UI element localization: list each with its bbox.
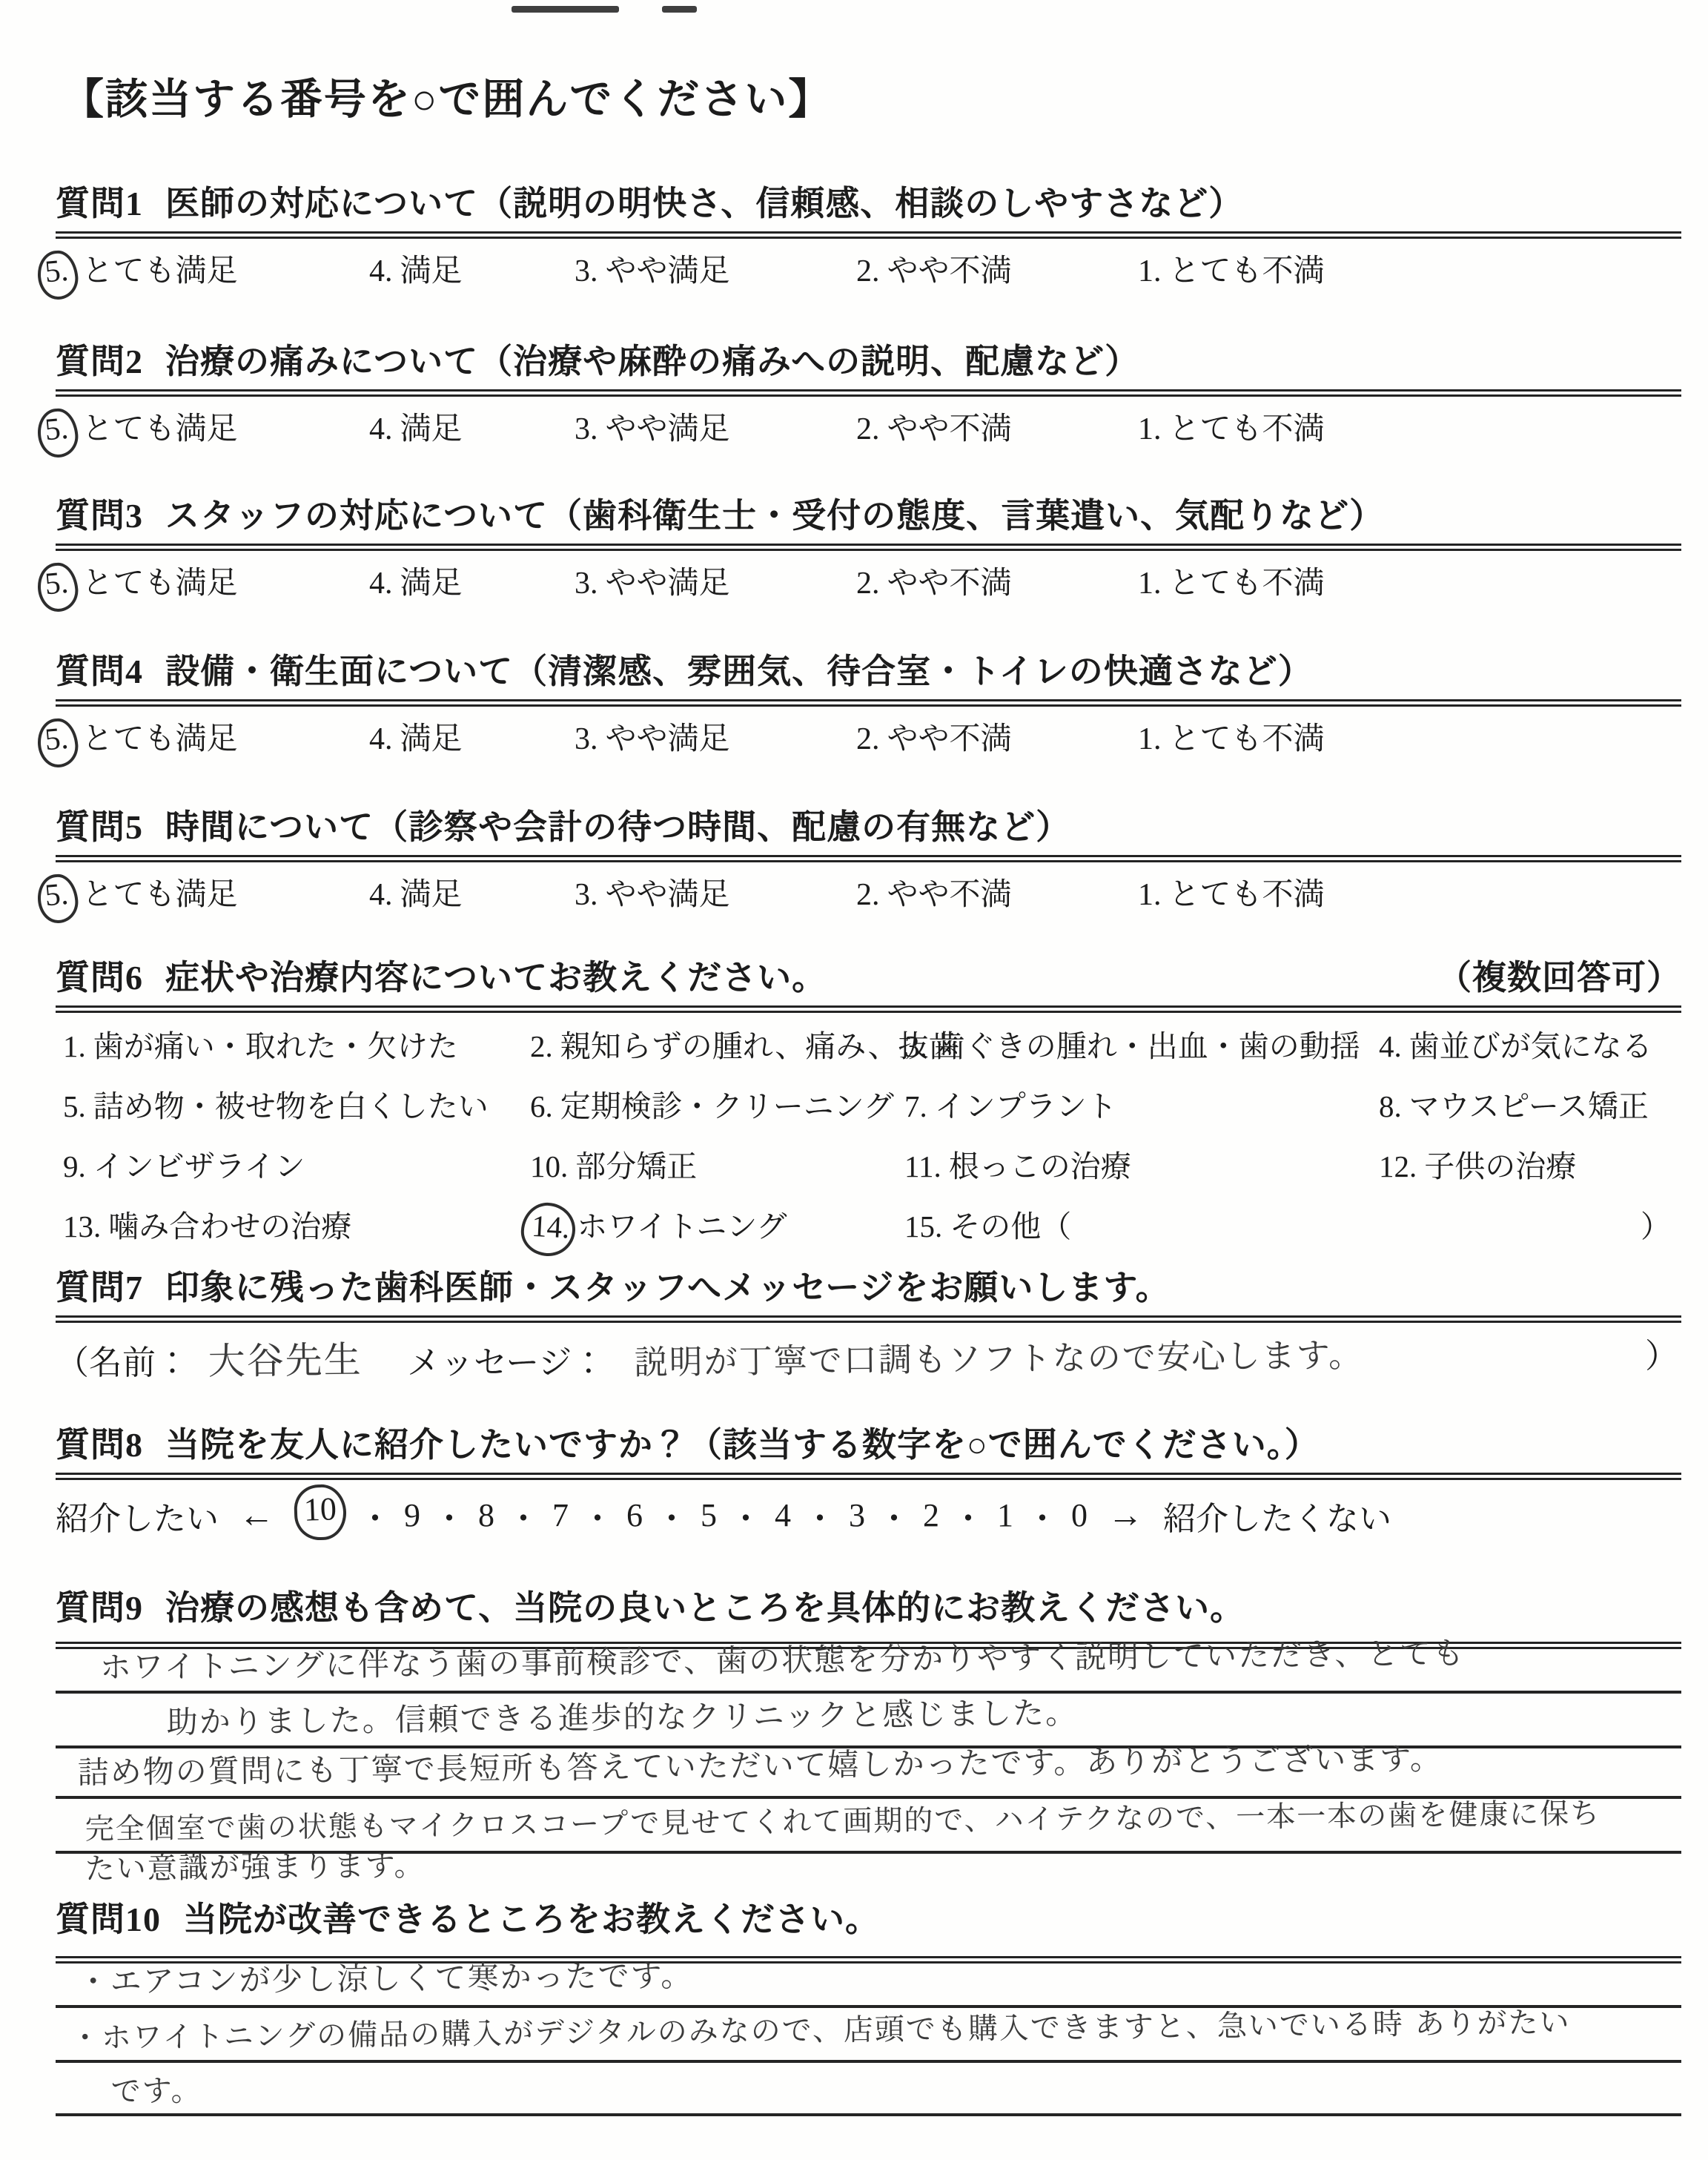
- question-title: スタッフの対応について（歯科衛生士・受付の態度、言葉遣い、気配りなど）: [165, 489, 1384, 538]
- nps-dot: ・: [878, 1492, 910, 1539]
- handwritten-answer: たい意識が強まります。: [85, 1842, 425, 1888]
- symptom-option-2: 2.親知らずの腫れ、痛み、抜歯: [530, 1022, 904, 1066]
- rating-option-1: 1.とても不満: [1138, 404, 1325, 449]
- question-number: 質問5: [56, 800, 143, 849]
- nps-dot: ・: [655, 1492, 688, 1539]
- page-title: 【該当する番号を○で囲んでください】: [62, 65, 1681, 126]
- symptom-option-9: 9.インビザライン: [63, 1142, 530, 1186]
- question-5-header: 質問5 時間について（診察や会計の待つ時間、配慮の有無など）: [56, 800, 1681, 849]
- rating-option-3: 3.やや満足: [575, 714, 730, 759]
- question-8-header: 質問8 当院を友人に紹介したいですか？（該当する数字を○で囲んでください。）: [56, 1418, 1681, 1467]
- rating-option-4: 4.満足: [369, 870, 463, 914]
- question-8-section: 質問8 当院を友人に紹介したいですか？（該当する数字を○で囲んでください。） 紹…: [56, 1418, 1681, 1540]
- answer-line: ホワイトニングに伴なう歯の事前検診で、歯の状態を分かりやすく説明していただき、と…: [56, 1649, 1681, 1694]
- symptom-option-8: 8.マウスピース矯正: [1379, 1082, 1681, 1126]
- message-field-label: メッセージ：: [407, 1344, 605, 1381]
- rating-option-2: 2.やや不満: [856, 246, 1012, 291]
- message-answer-line: （名前：大谷先生メッセージ：説明が丁寧で口調もソフトなので安心します。 ）: [56, 1332, 1681, 1385]
- question-2-section: 質問2 治療の痛みについて（治療や麻酔の痛みへの説明、配慮など） 5.とても満足…: [56, 334, 1681, 450]
- question-10-section: 質問10 当院が改善できるところをお教えください。 ・エアコンが少し涼しくて寒か…: [56, 1892, 1681, 2160]
- circled-answer-mark: 5.: [36, 561, 79, 613]
- question-title: 当院が改善できるところをお教えください。: [183, 1892, 880, 1941]
- nps-number-0: 0: [1071, 1496, 1088, 1534]
- nps-dot: ・: [507, 1492, 540, 1539]
- question-title: 治療の感想も含めて、当院の良いところを具体的にお教えください。: [165, 1581, 1245, 1630]
- nps-number-9: 9: [404, 1496, 420, 1534]
- rating-option-4: 4.満足: [369, 246, 463, 291]
- rating-option-3: 3.やや満足: [575, 404, 730, 449]
- nps-number-2: 2: [923, 1496, 939, 1534]
- handwritten-doctor-name: 大谷先生: [208, 1330, 363, 1385]
- rating-option-2: 2.やや不満: [856, 714, 1012, 759]
- nps-dot: ・: [433, 1492, 466, 1539]
- nps-right-label: 紹介したくない: [1163, 1492, 1391, 1539]
- question-6-section: 質問6 症状や治療内容についてお教えください。 （複数回答可） 1.歯が痛い・取…: [56, 951, 1681, 1247]
- question-number: 質問10: [56, 1892, 161, 1941]
- nps-left-label: 紹介したい: [56, 1492, 219, 1539]
- rating-option-5: 5.とても満足: [38, 246, 238, 300]
- rating-option-5: 5.とても満足: [38, 870, 238, 923]
- symptom-option-10: 10.部分矯正: [530, 1142, 904, 1186]
- nps-number-8: 8: [478, 1496, 494, 1534]
- circled-answer-mark: 10: [294, 1484, 348, 1541]
- question-number: 質問3: [56, 489, 143, 538]
- circled-answer-mark: 5.: [36, 873, 79, 925]
- nps-number-6: 6: [626, 1496, 643, 1534]
- question-number: 質問8: [56, 1418, 143, 1467]
- right-arrow-icon: →: [1100, 1495, 1151, 1536]
- rating-option-5: 5.とても満足: [38, 404, 238, 458]
- question-2-header: 質問2 治療の痛みについて（治療や麻酔の痛みへの説明、配慮など）: [56, 334, 1681, 383]
- question-title: 当院を友人に紹介したいですか？（該当する数字を○で囲んでください。）: [165, 1418, 1320, 1467]
- question-title: 印象に残った歯科医師・スタッフへメッセージをお願いします。: [165, 1261, 1171, 1309]
- divider: [56, 855, 1681, 862]
- nps-number-10: 10: [303, 1490, 337, 1528]
- symptom-option-7: 7.インプラント: [904, 1082, 1379, 1126]
- handwritten-answer: です。: [110, 2067, 202, 2110]
- question-5-section: 質問5 時間について（診察や会計の待つ時間、配慮の有無など） 5.とても満足 4…: [56, 800, 1681, 916]
- question-number: 質問2: [56, 334, 143, 383]
- handwritten-answer: 助かりました。信頼できる進歩的なクリニックと感じました。: [166, 1688, 1078, 1743]
- symptom-option-13: 13.噛み合わせの治療: [63, 1202, 530, 1247]
- rating-option-2: 2.やや不満: [856, 404, 1012, 449]
- multiple-answers-note: （複数回答可）: [1437, 951, 1681, 1000]
- question-7-section: 質問7 印象に残った歯科医師・スタッフへメッセージをお願いします。 （名前：大谷…: [56, 1261, 1681, 1385]
- nps-number-4: 4: [775, 1496, 791, 1534]
- rating-option-3: 3.やや満足: [575, 246, 730, 291]
- symptom-option-6: 6.定期検診・クリーニング: [530, 1082, 904, 1126]
- symptom-option-11: 11.根っこの治療: [904, 1142, 1379, 1186]
- question-7-header: 質問7 印象に残った歯科医師・スタッフへメッセージをお願いします。: [56, 1261, 1681, 1309]
- rating-option-1: 1.とても不満: [1138, 870, 1325, 914]
- question-title: 症状や治療内容についてお教えください。: [165, 951, 827, 1000]
- empty-answer-line: [56, 2116, 1681, 2160]
- handwritten-answer: ・エアコンが少し涼しくて寒かったです。: [77, 1951, 693, 2002]
- answer-line: ・ホワイトニングの備品の購入がデジタルのみなので、店頭でも購入できますと、急いで…: [56, 2008, 1681, 2063]
- rating-option-4: 4.満足: [369, 404, 463, 449]
- handwritten-answer: ・ホワイトニングの備品の購入がデジタルのみなので、店頭でも購入できますと、急いで…: [70, 1999, 1570, 2057]
- question-number: 質問1: [56, 176, 143, 225]
- answer-line: 詰め物の質問にも丁寧で長短所も答えていただいて嬉しかったです。ありがとうございま…: [56, 1748, 1681, 1799]
- nps-dot: ・: [1026, 1492, 1059, 1539]
- rating-option-5: 5.とても満足: [38, 714, 238, 767]
- symptom-option-4: 4.歯並びが気になる: [1379, 1022, 1681, 1066]
- nps-dot: ・: [804, 1492, 836, 1539]
- rating-option-3: 3.やや満足: [575, 870, 730, 914]
- scan-artifact: [512, 6, 619, 13]
- handwritten-answer: 完全個室で歯の状態もマイクロスコープで見せてくれて画期的で、ハイテクなので、一本…: [85, 1791, 1601, 1848]
- rating-option-1: 1.とても不満: [1138, 246, 1325, 291]
- divider: [56, 389, 1681, 397]
- rating-options-row: 5.とても満足 4.満足 3.やや満足 2.やや不満 1.とても不満: [56, 404, 1681, 450]
- divider: [56, 699, 1681, 707]
- divider: [56, 1005, 1681, 1013]
- question-6-header: 質問6 症状や治療内容についてお教えください。 （複数回答可）: [56, 951, 1681, 1000]
- question-title: 時間について（診察や会計の待つ時間、配慮の有無など）: [165, 800, 1070, 849]
- nps-number-3: 3: [849, 1496, 865, 1534]
- divider: [56, 1315, 1681, 1323]
- question-title: 治療の痛みについて（治療や麻酔の痛みへの説明、配慮など）: [165, 334, 1139, 383]
- rating-option-4: 4.満足: [369, 714, 463, 759]
- question-4-section: 質問4 設備・衛生面について（清潔感、雰囲気、待合室・トイレの快適さなど） 5.…: [56, 644, 1681, 760]
- question-3-section: 質問3 スタッフの対応について（歯科衛生士・受付の態度、言葉遣い、気配りなど） …: [56, 489, 1681, 604]
- question-4-header: 質問4 設備・衛生面について（清潔感、雰囲気、待合室・トイレの快適さなど）: [56, 644, 1681, 693]
- rating-option-1: 1.とても不満: [1138, 714, 1325, 759]
- nps-number-1: 1: [997, 1496, 1013, 1534]
- close-paren: ）: [1645, 1329, 1678, 1377]
- rating-options-row: 5.とても満足 4.満足 3.やや満足 2.やや不満 1.とても不満: [56, 246, 1681, 292]
- symptom-option-14: 14.ホワイトニング: [530, 1202, 904, 1247]
- question-1-section: 質問1 医師の対応について（説明の明快さ、信頼感、相談のしやすさなど） 5.とて…: [56, 176, 1681, 292]
- other-close-paren: ）: [1379, 1202, 1681, 1247]
- rating-option-1: 1.とても不満: [1138, 558, 1325, 603]
- rating-option-3: 3.やや満足: [575, 558, 730, 603]
- handwritten-message: 説明が丁寧で口調もソフトなので安心します。: [635, 1328, 1364, 1384]
- scan-artifact: [662, 6, 697, 13]
- question-3-header: 質問3 スタッフの対応について（歯科衛生士・受付の態度、言葉遣い、気配りなど）: [56, 489, 1681, 538]
- handwritten-answer: ホワイトニングに伴なう歯の事前検診で、歯の状態を分かりやすく説明していただき、と…: [99, 1629, 1465, 1688]
- nps-scale-row: 紹介したい ← 10 ・ 9 ・ 8 ・ 7 ・ 6 ・ 5 ・ 4 ・ 3 ・…: [56, 1490, 1681, 1540]
- circled-answer-mark: 5.: [36, 407, 79, 459]
- rating-options-row: 5.とても満足 4.満足 3.やや満足 2.やや不満 1.とても不満: [56, 870, 1681, 916]
- question-number: 質問6: [56, 951, 143, 1000]
- question-number: 質問7: [56, 1261, 143, 1309]
- symptom-option-3: 3.歯ぐきの腫れ・出血・歯の動揺: [904, 1022, 1379, 1066]
- question-10-header: 質問10 当院が改善できるところをお教えください。: [56, 1892, 1681, 1941]
- divider: [56, 544, 1681, 551]
- question-9-header: 質問9 治療の感想も含めて、当院の良いところを具体的にお教えください。: [56, 1581, 1681, 1630]
- circled-answer-mark: 5.: [36, 249, 79, 301]
- left-arrow-icon: ←: [231, 1495, 282, 1536]
- symptom-options-grid: 1.歯が痛い・取れた・欠けた 2.親知らずの腫れ、痛み、抜歯 3.歯ぐきの腫れ・…: [63, 1022, 1681, 1247]
- rating-option-5: 5.とても満足: [38, 558, 238, 612]
- page-header: 【該当する番号を○で囲んでください】: [62, 65, 1681, 126]
- answer-overflow-line: たい意識が強まります。: [56, 1854, 1681, 1891]
- question-1-header: 質問1 医師の対応について（説明の明快さ、信頼感、相談のしやすさなど）: [56, 176, 1681, 225]
- rating-option-2: 2.やや不満: [856, 558, 1012, 603]
- rating-option-2: 2.やや不満: [856, 870, 1012, 914]
- rating-options-row: 5.とても満足 4.満足 3.やや満足 2.やや不満 1.とても不満: [56, 714, 1681, 760]
- nps-number-5: 5: [701, 1496, 717, 1534]
- nps-dot: ・: [359, 1492, 391, 1539]
- question-9-section: 質問9 治療の感想も含めて、当院の良いところを具体的にお教えください。 ホワイト…: [56, 1581, 1681, 1891]
- divider: [56, 231, 1681, 239]
- nps-dot: ・: [952, 1492, 984, 1539]
- symptom-option-5: 5.詰め物・被せ物を白くしたい: [63, 1082, 530, 1126]
- circled-answer-mark: 5.: [36, 717, 79, 769]
- rating-options-row: 5.とても満足 4.満足 3.やや満足 2.やや不満 1.とても不満: [56, 558, 1681, 604]
- symptom-option-15-other: 15.その他（: [904, 1202, 1379, 1247]
- question-number: 質問4: [56, 644, 143, 693]
- symptom-option-1: 1.歯が痛い・取れた・欠けた: [63, 1022, 530, 1066]
- question-title: 医師の対応について（説明の明快さ、信頼感、相談のしやすさなど）: [165, 176, 1243, 225]
- divider: [56, 1473, 1681, 1480]
- scanned-survey-page: 【該当する番号を○で囲んでください】 質問1 医師の対応について（説明の明快さ、…: [0, 0, 1708, 2160]
- question-title: 設備・衛生面について（清潔感、雰囲気、待合室・トイレの快適さなど）: [165, 644, 1313, 693]
- nps-dot: ・: [581, 1492, 614, 1539]
- nps-dot: ・: [729, 1492, 762, 1539]
- symptom-option-12: 12.子供の治療: [1379, 1142, 1681, 1186]
- answer-line: です。: [56, 2063, 1681, 2116]
- question-number: 質問9: [56, 1581, 143, 1630]
- nps-number-7: 7: [552, 1496, 569, 1534]
- rating-option-4: 4.満足: [369, 558, 463, 603]
- name-field-label: （名前：: [56, 1344, 189, 1381]
